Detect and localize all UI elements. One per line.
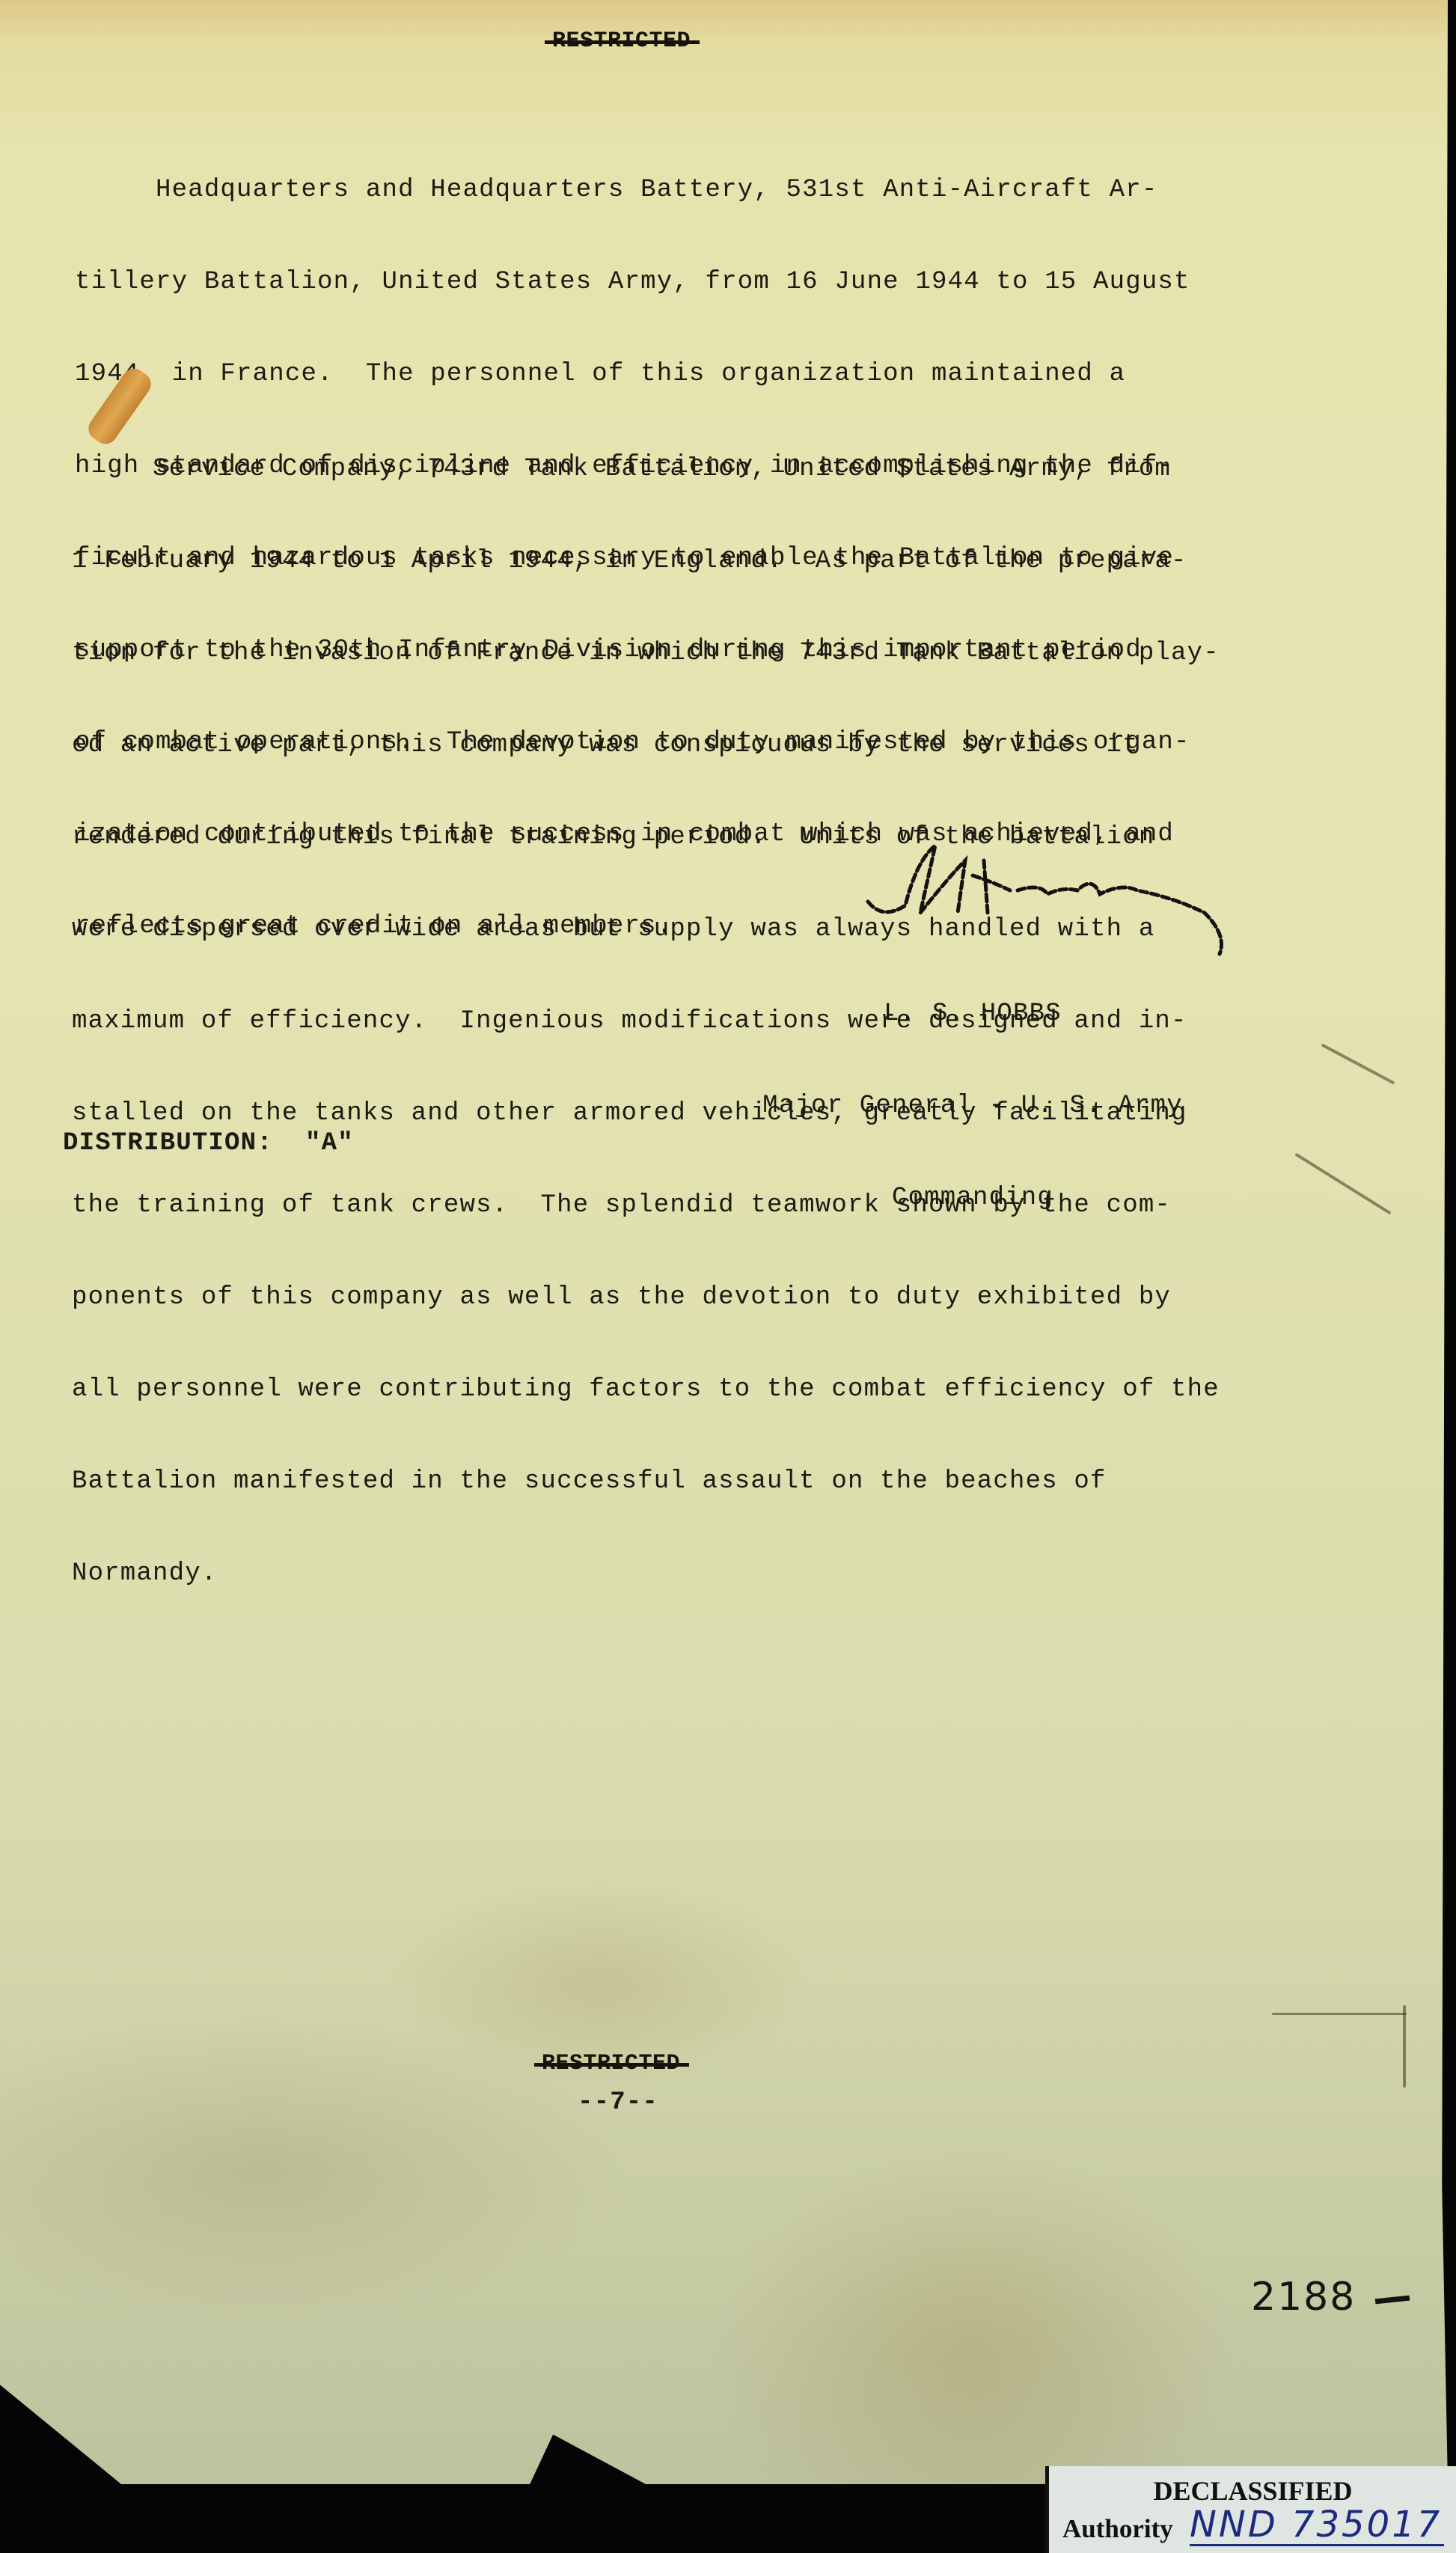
page-number: --7-- — [578, 2088, 658, 2118]
text-line: ed an active part, this company was cons… — [72, 730, 1220, 761]
strikethrough-line — [534, 2063, 689, 2067]
paper-crease — [1321, 1043, 1395, 1084]
archive-number: 2188 — [1251, 2275, 1410, 2320]
paper-tear — [1403, 2005, 1406, 2088]
paper-crease — [1294, 1153, 1391, 1215]
declassified-title: DECLASSIFIED — [1049, 2475, 1456, 2507]
signatory-name: L. S. HOBBS — [726, 999, 1220, 1030]
text-line: all personnel were contributing factors … — [72, 1375, 1220, 1405]
classification-bottom: RESTRICTED — [542, 2051, 680, 2076]
text-line: tion for the invasion of France in which… — [72, 638, 1220, 669]
distribution-line: DISTRIBUTION: "A" — [63, 1128, 354, 1159]
text-line: Battalion manifested in the successful a… — [72, 1467, 1220, 1497]
paper-crease — [1272, 2013, 1407, 2015]
strikethrough-line — [545, 40, 700, 44]
signatory-rank: Major General - U. S. Army — [726, 1091, 1220, 1122]
text-line: ponents of this company as well as the d… — [72, 1282, 1220, 1313]
text-line: Headquarters and Headquarters Battery, 5… — [75, 175, 1190, 206]
archive-number-text: 2188 — [1251, 2275, 1356, 2320]
authority-label: Authority — [1062, 2514, 1173, 2544]
text-line: Normandy. — [72, 1559, 1220, 1589]
signature-block: L. S. HOBBS Major General - U. S. Army C… — [726, 938, 1220, 1275]
declassified-stamp: DECLASSIFIED Authority NND 735017 — [1045, 2466, 1456, 2553]
text-line: 1944, in France. The personnel of this o… — [75, 359, 1190, 390]
signatory-title: Commanding — [726, 1183, 1220, 1214]
text-line: tillery Battalion, United States Army, f… — [75, 267, 1190, 298]
classification-top: RESTRICTED — [552, 28, 691, 54]
dash-mark — [1375, 2295, 1410, 2304]
document-page: RESTRICTED Headquarters and Headquarters… — [0, 0, 1448, 2484]
text-line: Service Company, 743rd Tank Battalion, U… — [72, 454, 1220, 485]
authority-value: NND 735017 — [1190, 2505, 1444, 2546]
text-line: 1 February 1944 to 1 April 1944, in Engl… — [72, 546, 1220, 577]
